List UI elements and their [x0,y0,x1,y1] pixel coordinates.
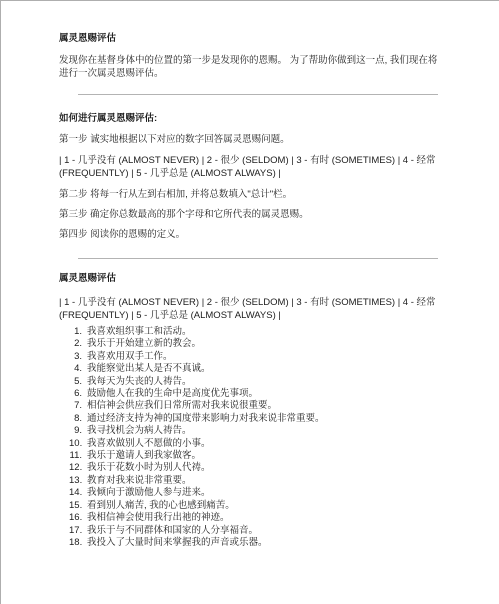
item-number: 2. [69,338,82,350]
assessment-heading: 属灵恩赐评估 [59,272,442,285]
item-number: 9. [69,425,82,437]
item-text: 我乐于邀请人到我家做客。 [87,450,442,462]
item-text: 我乐于开始建立新的教会。 [87,338,442,350]
list-item: 10. 我喜欢做别人不愿做的小事。 [69,438,442,450]
rating-scale: | 1 - 几乎没有 (ALMOST NEVER) | 2 - 很少 (SELD… [59,154,442,180]
item-number: 14. [69,487,82,499]
step-4-paragraph: 第四步 阅读你的恩赐的定义。 [59,228,442,241]
list-item: 17. 我乐于与不同群体和国家的人分享福音。 [69,525,442,537]
item-text: 看到别人痛苦, 我的心也感到痛苦。 [87,500,442,512]
section-divider [78,258,438,259]
item-number: 17. [69,525,82,537]
assessment-question-list: 1. 我喜欢组织事工和活动。 2. 我乐于开始建立新的教会。 3. 我喜欢用双手… [69,326,442,549]
list-item: 7. 相信神会供应我们日常所需对我来说很重要。 [69,400,442,412]
list-item: 1. 我喜欢组织事工和活动。 [69,326,442,338]
item-number: 1. [69,326,82,338]
item-number: 13. [69,475,82,487]
item-text: 鼓励他人在我的生命中是高度优先事项。 [87,388,442,400]
item-number: 12. [69,462,82,474]
item-number: 7. [69,400,82,412]
intro-paragraph: 发现你在基督身体中的位置的第一步是发现你的恩赐。 为了帮助你做到这一点, 我们现… [59,54,442,80]
item-number: 10. [69,438,82,450]
item-number: 8. [69,413,82,425]
item-text: 我能察觉出某人是否不真诚。 [87,363,442,375]
item-text: 我喜欢用双手工作。 [87,351,442,363]
item-text: 我寻找机会为病人祷告。 [87,425,442,437]
list-item: 14. 我倾向于激励他人参与进来。 [69,487,442,499]
list-item: 3. 我喜欢用双手工作。 [69,351,442,363]
list-item: 2. 我乐于开始建立新的教会。 [69,338,442,350]
item-text: 我倾向于激励他人参与进来。 [87,487,442,499]
item-number: 6. [69,388,82,400]
document-content: 属灵恩赐评估 发现你在基督身体中的位置的第一步是发现你的恩赐。 为了帮助你做到这… [1,1,499,549]
list-item: 13. 教育对我来说非常重要。 [69,475,442,487]
list-item: 18. 我投入了大量时间来掌握我的声音或乐器。 [69,537,442,549]
item-number: 15. [69,500,82,512]
list-item: 6. 鼓励他人在我的生命中是高度优先事项。 [69,388,442,400]
list-item: 11. 我乐于邀请人到我家做客。 [69,450,442,462]
item-text: 我每天为失丧的人祷告。 [87,376,442,388]
item-text: 相信神会供应我们日常所需对我来说很重要。 [87,400,442,412]
item-number: 18. [69,537,82,549]
document-page: 属灵恩赐评估 发现你在基督身体中的位置的第一步是发现你的恩赐。 为了帮助你做到这… [0,0,499,604]
section-divider [78,94,438,95]
how-to-heading: 如何进行属灵恩赐评估: [59,112,442,125]
item-text: 我喜欢组织事工和活动。 [87,326,442,338]
item-text: 教育对我来说非常重要。 [87,475,442,487]
rating-scale: | 1 - 几乎没有 (ALMOST NEVER) | 2 - 很少 (SELD… [59,296,442,322]
list-item: 12. 我乐于花数小时为别人代祷。 [69,462,442,474]
item-text: 我喜欢做别人不愿做的小事。 [87,438,442,450]
list-item: 15. 看到别人痛苦, 我的心也感到痛苦。 [69,500,442,512]
item-number: 11. [69,450,82,462]
page-title: 属灵恩赐评估 [59,32,442,45]
item-text: 通过经济支持为神的国度带来影响力对我来说非常重要。 [87,413,442,425]
step-1-paragraph: 第一步 诚实地根据以下对应的数字回答属灵恩赐问题。 [59,133,442,146]
list-item: 4. 我能察觉出某人是否不真诚。 [69,363,442,375]
item-number: 5. [69,376,82,388]
list-item: 5. 我每天为失丧的人祷告。 [69,376,442,388]
item-number: 16. [69,512,82,524]
item-text: 我投入了大量时间来掌握我的声音或乐器。 [87,537,442,549]
item-text: 我乐于与不同群体和国家的人分享福音。 [87,525,442,537]
item-text: 我相信神会使用我行出祂的神迹。 [87,512,442,524]
item-text: 我乐于花数小时为别人代祷。 [87,462,442,474]
list-item: 8. 通过经济支持为神的国度带来影响力对我来说非常重要。 [69,413,442,425]
item-number: 4. [69,363,82,375]
step-3-paragraph: 第三步 确定你总数最高的那个字母和它所代表的属灵恩赐。 [59,208,442,221]
list-item: 9. 我寻找机会为病人祷告。 [69,425,442,437]
item-number: 3. [69,351,82,363]
step-2-paragraph: 第二步 将每一行从左到右相加, 并将总数填入"总计"栏。 [59,188,442,201]
list-item: 16. 我相信神会使用我行出祂的神迹。 [69,512,442,524]
